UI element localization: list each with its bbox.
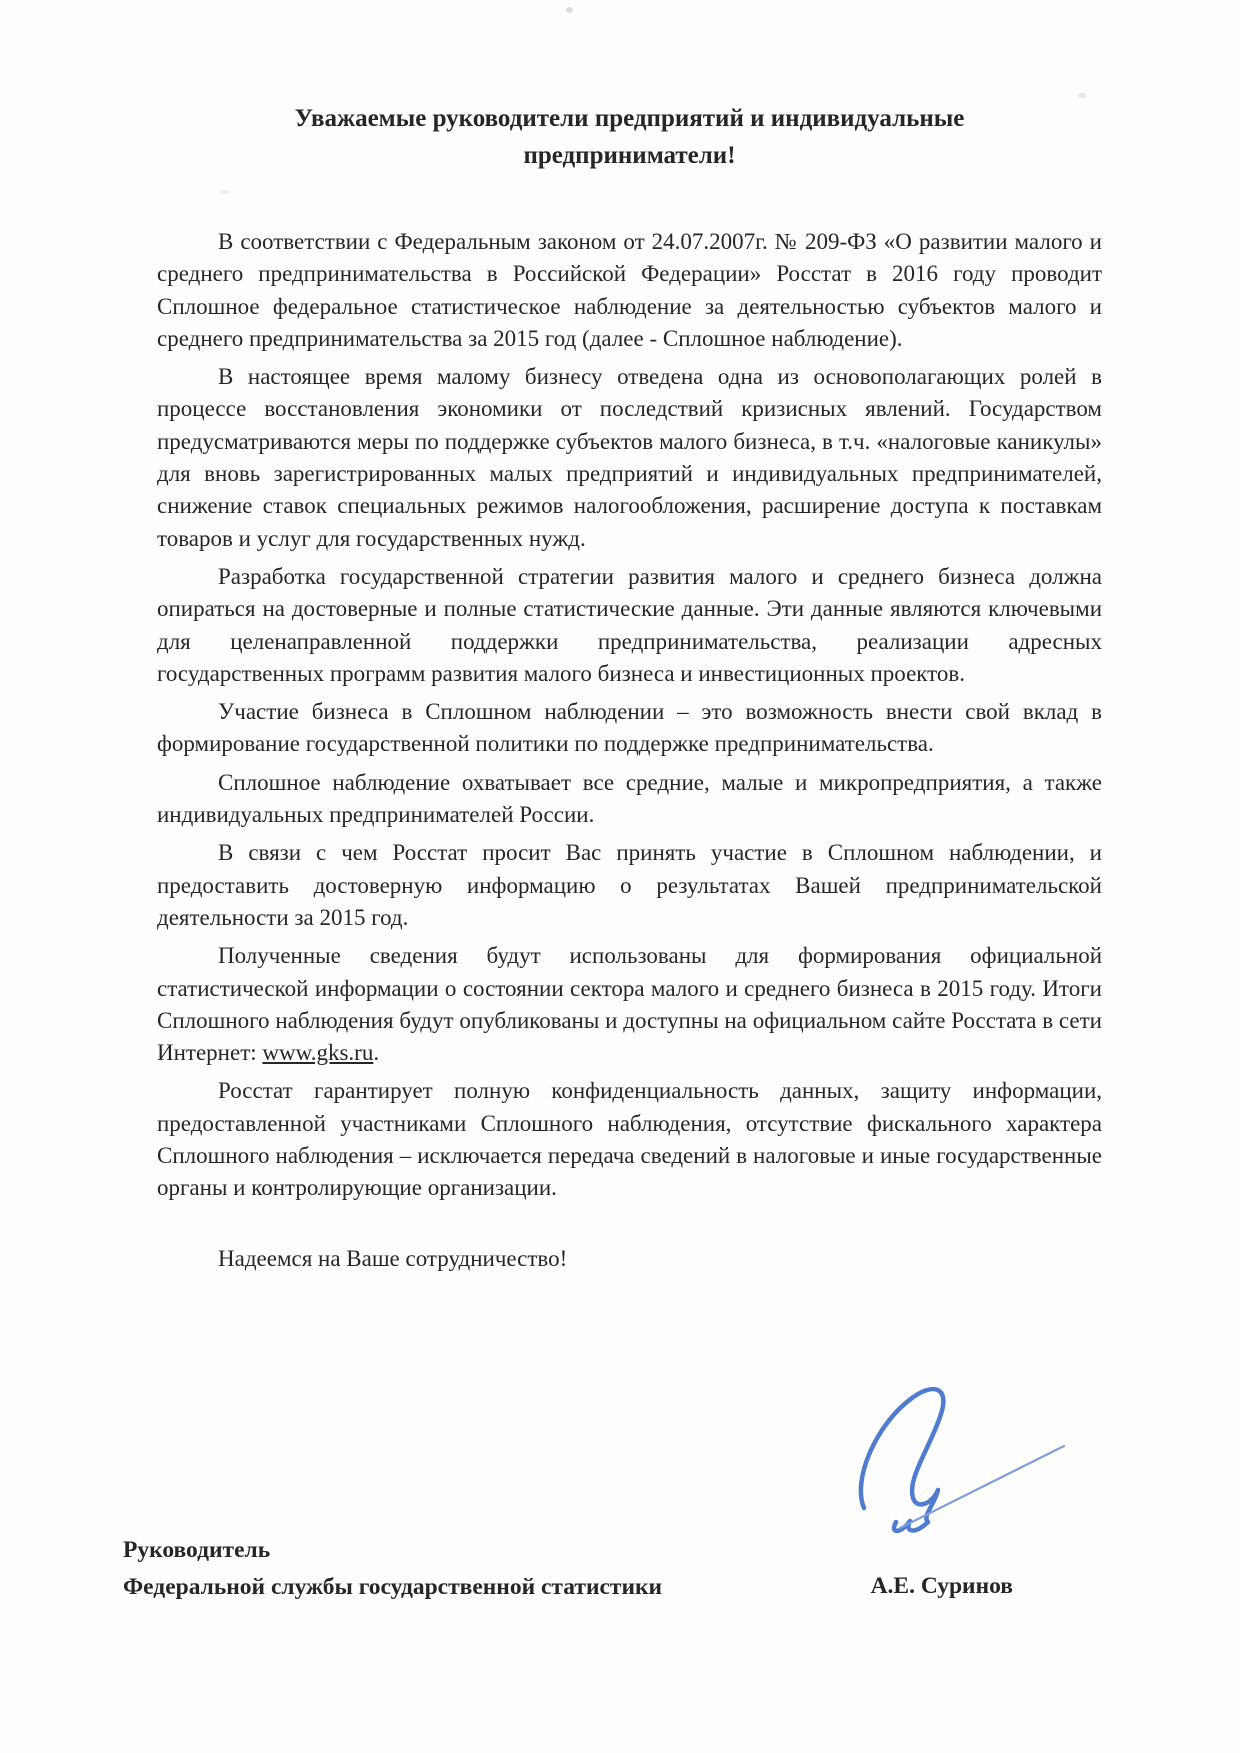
signature-block: Руководитель Федеральной службы государс… <box>123 1532 1013 1606</box>
website-paragraph-period: . <box>373 1040 379 1065</box>
scanned-letter-page: Уважаемые руководители предприятий и инд… <box>0 0 1240 1753</box>
paragraph-results-website: Полученные сведения будут использованы д… <box>157 940 1102 1069</box>
paragraph-confidentiality: Росстат гарантирует полную конфиденциаль… <box>157 1075 1102 1204</box>
signer-role-line2: Федеральной службы государственной стати… <box>123 1569 662 1606</box>
paragraph-law-intro: В соответствии с Федеральным законом от … <box>157 226 1102 355</box>
signature-tail-stroke <box>900 1446 1064 1528</box>
paragraph-small-business-role: В настоящее время малому бизнесу отведен… <box>157 361 1102 555</box>
letter-body: Уважаемые руководители предприятий и инд… <box>157 0 1102 1275</box>
signature-main-stroke <box>861 1389 944 1531</box>
signer-role-line1: Руководитель <box>123 1532 662 1569</box>
closing-line: Надеемся на Ваше сотрудничество! <box>157 1243 1102 1275</box>
signer-role: Руководитель Федеральной службы государс… <box>123 1532 662 1606</box>
paragraph-participation: Участие бизнеса в Сплошном наблюдении – … <box>157 696 1102 761</box>
letter-paragraphs: В соответствии с Федеральным законом от … <box>157 226 1102 1275</box>
paragraph-coverage: Сплошное наблюдение охватывает все средн… <box>157 767 1102 832</box>
paragraph-request: В связи с чем Росстат просит Вас принять… <box>157 837 1102 934</box>
signer-name: А.Е. Суринов <box>871 1568 1013 1606</box>
gks-website-link[interactable]: www.gks.ru <box>262 1040 373 1065</box>
letter-title: Уважаемые руководители предприятий и инд… <box>187 100 1072 174</box>
paragraph-strategy-data: Разработка государственной стратегии раз… <box>157 561 1102 690</box>
